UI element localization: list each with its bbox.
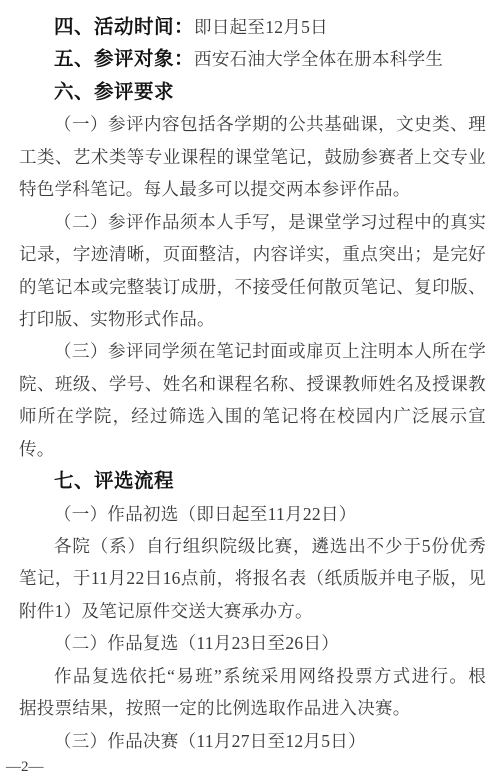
subheading-preliminary-selection: （一）作品初选（即日起至11月22日） [19, 498, 486, 530]
paragraph-line: 的笔记本或完整装订成册，不接受任何散页笔记、复印版、 [19, 271, 486, 303]
field-value: 即日起至12月5日 [194, 17, 328, 37]
paragraph-line: 笔记，于11月22日16点前，将报名表（纸质版并电子版，见 [19, 562, 486, 594]
paragraph-line: 打印版、实物形式作品。 [19, 303, 486, 335]
page-number: —2— [6, 757, 486, 777]
heading-requirements: 六、参评要求 [19, 76, 486, 108]
paragraph-line: 传。 [19, 433, 486, 465]
paragraph-line: （二）参评作品须本人手写，是课堂学习过程中的真实 [19, 206, 486, 238]
paragraph-line: 工类、艺术类等专业课程的课堂笔记，鼓励参赛者上交专业 [19, 141, 486, 173]
heading-participants: 五、参评对象：西安石油大学全体在册本科学生 [19, 43, 486, 75]
paragraph-line: （三）参评同学须在笔记封面或扉页上注明本人所在学 [19, 335, 486, 367]
document-page: 四、活动时间：即日起至12月5日 五、参评对象：西安石油大学全体在册本科学生 六… [0, 0, 503, 782]
paragraph-line: （一）参评内容包括各学期的公共基础课，文史类、理 [19, 108, 486, 140]
field-label: 五、参评对象： [54, 48, 194, 70]
heading-selection-process: 七、评选流程 [19, 465, 486, 497]
field-label: 四、活动时间： [54, 16, 194, 38]
paragraph-line: 附件1）及笔记原件交送大赛承办方。 [19, 595, 486, 627]
paragraph-line: 据投票结果，按照一定的比例选取作品进入决赛。 [19, 692, 486, 724]
paragraph-line: 师所在学院，经过筛选入围的笔记将在校园内广泛展示宣 [19, 400, 486, 432]
paragraph-line: 记录，字迹清晰，页面整洁，内容详实，重点突出；是完好 [19, 238, 486, 270]
field-value: 西安石油大学全体在册本科学生 [194, 49, 443, 69]
paragraph-line: 作品复选依托“易班”系统采用网络投票方式进行。根 [19, 660, 486, 692]
heading-activity-time: 四、活动时间：即日起至12月5日 [19, 11, 486, 43]
paragraph-line: 院、班级、学号、姓名和课程名称、授课教师姓名及授课教 [19, 368, 486, 400]
paragraph-line: 特色学科笔记。每人最多可以提交两本参评作品。 [19, 173, 486, 205]
subheading-second-round: （二）作品复选（11月23日至26日） [19, 627, 486, 659]
paragraph-line: 各院（系）自行组织院级比赛，遴选出不少于5份优秀 [19, 530, 486, 562]
subheading-final-round: （三）作品决赛（11月27日至12月5日） [19, 725, 486, 757]
